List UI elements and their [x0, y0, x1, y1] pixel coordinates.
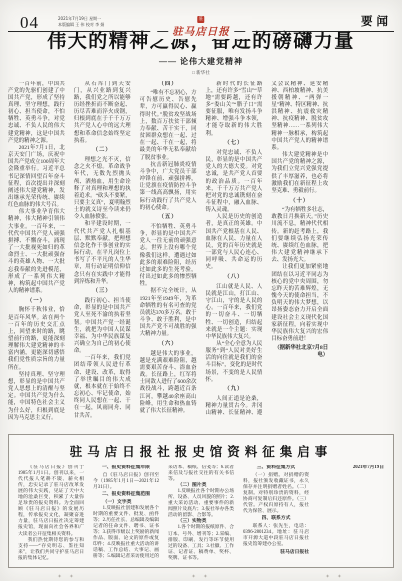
fold-mark-icon: ✦ ✦ [191, 574, 211, 580]
section-marker: （六） [140, 341, 197, 348]
section-marker: （九） [205, 386, 262, 393]
article-paragraph: 对党忠诚、不负人民，彰显的是中国共产党人的大德大爱。对党忠诚，是共产党人首要的政… [205, 150, 262, 214]
article-paragraph: 伟大建党精神是中国共产党的精神之源，为我们立党兴党强党提供了丰厚滋养，也必将激励… [271, 152, 328, 195]
article-paragraph: 坚持真理、坚守理想，彰显的是中国共产党人思想上的清醒与坚定。中国共产党为什么能，… [8, 372, 65, 422]
section-marker: （七） [205, 140, 262, 147]
section-marker: （十） [271, 198, 328, 205]
article-paragraph: 伟大事业孕育伟大精神，伟大精神引领伟大事业。一百年来，一代代中国共产党人顽强拼搏… [8, 209, 65, 295]
article-body: 一百年前，中国共产党的先驱们创建了中国共产党，形成了坚持真理、坚守理想，践行初心… [8, 81, 394, 424]
notice-subhead: 四、联系方式 [243, 516, 309, 522]
section-marker: （八） [205, 274, 262, 281]
article-sign-off: （据新华社北京7月8日电） [271, 345, 328, 359]
section-marker: （二） [74, 147, 131, 154]
article-paragraph: 从石库门到天安门，从兴业路到复兴路，我们党之所以能够历经挫折而不断奋起、历尽苦难… [74, 81, 131, 145]
notice-subhead: 二、报史资料征集范围 [93, 492, 159, 498]
notice-signature: 驻马店日报社 [243, 550, 309, 556]
notice-subhead: 三、资料征集方式 [243, 465, 309, 471]
article-paragraph: 抗击新冠肺炎疫情斗争中，广大党员干部冲锋在前、顽强拼搏，让党旗在疫情防控斗争第一… [140, 162, 197, 212]
masthead-title: 驻马店日报 [172, 24, 230, 39]
notice-paragraph: 1.反映报社各个时期办公场所、设备、人员风貌的照片；2.重大采访活动、重要事件的… [168, 489, 234, 519]
article-paragraph: 践行初心、担当使命，彰显的是中国共产党人至死不渝的执着坚韧。中国共产党一经诞生，… [74, 298, 131, 355]
page-number: 04 [20, 13, 39, 33]
article-paragraph: 理想之光不灭，信念之火不熄。革命战争年代，无数先烈抛头颅、洒热血，用生命诠释了对… [74, 157, 131, 221]
header-rule: 04 2021年7月19日 星期一 本版编辑 王 伟 校对 李 娟 要闻 驻 驻… [8, 12, 394, 32]
article-paragraph: 和平建设时期，一代代共产党人扎根基层、默默奉献，把理想信念化作干事创业的实际行动… [74, 221, 131, 285]
section-marker: （五） [140, 214, 197, 221]
date-line1: 2021年7月19日 星期一 [58, 16, 101, 21]
notice-body: 《驻马店日报》创刊于1985年1月1日。创刊以来，一代代报人笔耕不辍、薪火相传，… [18, 465, 384, 562]
section-label: 要闻 [361, 13, 392, 29]
masthead: 驻 驻马店日报 [150, 16, 252, 39]
article-paragraph: 胸怀千秋伟业，恰是百年风华。站在两个一百年的历史交汇点上，回望来时的路，眺望前行… [8, 307, 65, 371]
article-paragraph: 从“全心全意为人民服务”到“人民对美好生活的向往就是我们的奋斗目标”，变化的是时… [205, 341, 262, 384]
notice-date: 2021年7月19日 [318, 465, 384, 471]
article-paragraph: 一百年来，我们党团结带领人民进行革命、建设、改革，取得了举世瞩目的伟大成就，根本… [74, 355, 131, 419]
notice-paragraph: 联系人：张先生，电话：0396-2801234。地址：驻马店市开源大道中段驻马店… [243, 524, 309, 548]
masthead-dash-right [234, 31, 245, 32]
notice-subhead: 一、报史资料征集年限 [93, 465, 159, 471]
section-marker: （四） [140, 81, 197, 88]
article-paragraph: 人民是历史的创造者，是真正的英雄。中国共产党根基在人民、血脉在人民、力量在人民，… [205, 214, 262, 271]
masthead-seal-icon: 驻 [198, 16, 205, 23]
notice-paragraph: 我们热忱期待您的参与和支持——“存史明志、鉴往知来”，让我们共同守护驻马店日报的… [18, 538, 84, 562]
article-paragraph: “为有牺牲多壮志，敢教日月换新天。”历史川流不息，精神代代相传。新的赶考路上，我… [271, 207, 328, 264]
fold-mark-icon: ✦ ✦ [325, 574, 345, 580]
notice-paragraph: 《驻马店日报》创刊于1985年1月1日。创刊以来，一代代报人笔耕不辍、薪火相传，… [18, 465, 84, 538]
article-paragraph: 江山就是人民、人民就是江山，打江山、守江山，守的是人民的心。一百年来，我们党的一… [205, 284, 262, 341]
article-subtitle: —— 论伟大建党精神 [0, 56, 402, 67]
date-block: 2021年7月19日 星期一 本版编辑 王 伟 校对 李 娟 [58, 16, 104, 27]
article-paragraph: “唯有不忘初心，方可告慰历史、告慰先辈，方可赢得民心、赢得时代。”脱贫攻坚战场上… [140, 90, 197, 162]
notice-paragraph: 自《驻马店日报》创刊至今（1985年1月1日—2021年12月31日）。 [93, 473, 159, 491]
article-paragraph: 不怕牺牲、英勇斗争，彰显的是中国共产党人一往无前的顽强意志。世界上没有哪个党像我… [140, 224, 197, 288]
fold-mark-icon: ✦ ✦ [57, 574, 77, 580]
article-paragraph: 新时代的长征路上，还有许多“雪山”“草地”需要跨越，还有许多“娄山关”“腊子口”… [205, 81, 262, 138]
article-paragraph: 2021年7月1日，北京天安门广场，庆祝中国共产党成立100周年大会隆重举行。习… [8, 145, 65, 209]
date-line2: 本版编辑 王 伟 校对 李 娟 [58, 22, 104, 27]
notice-box: 驻马店日报社报史馆资料征集启事 《驻马店日报》创刊于1985年1月1日。创刊以来… [8, 434, 394, 568]
newspaper-page: 04 2021年7月19日 星期一 本版编辑 王 伟 校对 李 娟 要闻 驻 驻… [0, 0, 402, 581]
footer-marks: ✦ ✦✦ ✦✦ ✦ [0, 574, 402, 580]
article-byline: □ 新华社 [0, 70, 402, 76]
section-marker: （三） [74, 288, 131, 295]
notice-title: 驻马店日报社报史馆资料征集启事 [18, 442, 384, 460]
notice-paragraph: （一）捐赠。对捐赠的资料，报社颁发收藏证书，永久保存并注明捐赠者姓名。（二）复制… [243, 473, 309, 515]
article-paragraph: 越是伟大的事业，越是充满艰难险阻，越需要艰苦奋斗、浴血奋战。长征路上，红军将士同… [140, 351, 197, 415]
notice-paragraph: 1.各个时期的报纸原件、合订本、号外、增刊等；2.采编、排版、印刷、发行等环节使… [168, 525, 234, 561]
article-paragraph: 一百年前，中国共产党的先驱们创建了中国共产党，形成了坚持真理、坚守理想，践行初心… [8, 81, 65, 145]
masthead-dash-left [157, 31, 168, 32]
article-paragraph: 据不完全统计，从1921年至1949年，为革命牺牲的有名可查的党员就达370多万… [140, 288, 197, 338]
article-paragraph: 让我们更加紧密地团结在以习近平同志为核心的党中央周围，勿忘昨天的苦难辉煌，无愧今… [271, 264, 328, 343]
section-marker: （一） [8, 298, 65, 305]
